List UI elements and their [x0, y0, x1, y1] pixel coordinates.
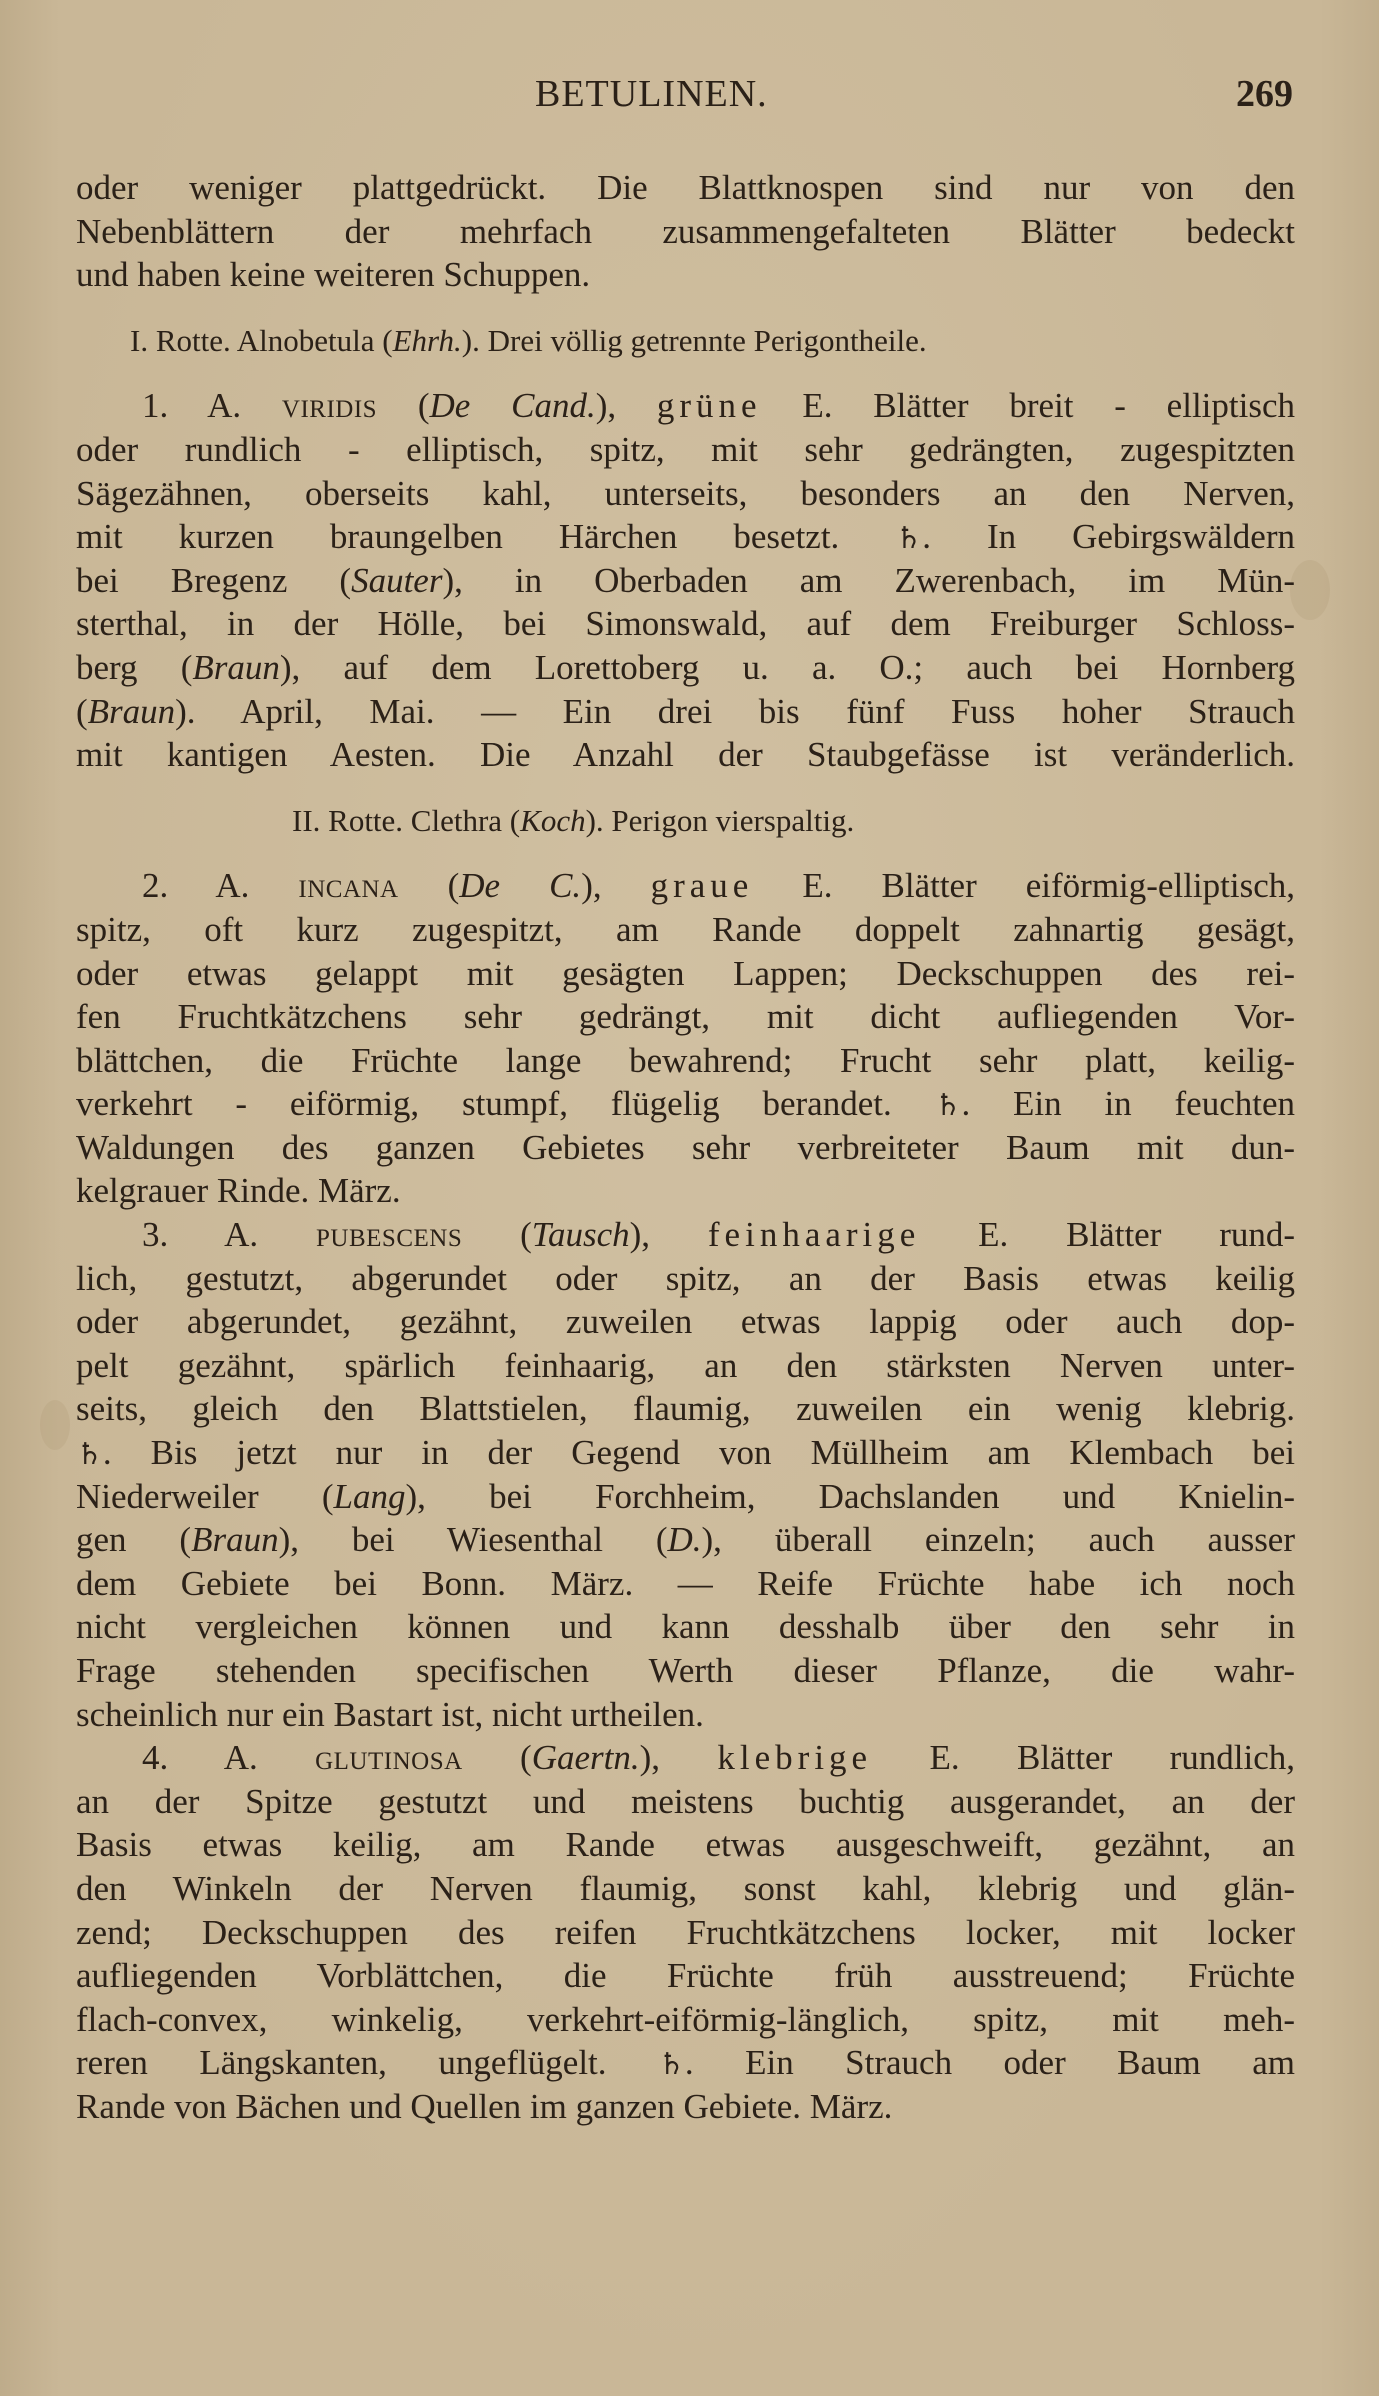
species-name: viridis: [282, 386, 377, 425]
intro-paragraph: oder weniger plattgedrückt. Die Blattkno…: [76, 166, 1295, 297]
tree-symbol-icon: ♄: [658, 2047, 685, 2082]
species-name: glutinosa: [315, 1738, 463, 1777]
text-line: und haben keine weiteren Schuppen.: [76, 253, 1295, 297]
common-name: klebrige: [717, 1738, 872, 1777]
species-title-line: 1. A. viridis (De Cand.), grüne E. Blätt…: [76, 384, 1295, 428]
text-line: gen (Braun), bei Wiesenthal (D.), überal…: [76, 1518, 1295, 1562]
text-line: oder abgerundet, gezähnt, zuweilen etwas…: [76, 1300, 1295, 1344]
authority: Tausch: [532, 1215, 630, 1254]
text-line: seits, gleich den Blattstielen, flaumig,…: [76, 1387, 1295, 1431]
running-head-title: BETULINEN.: [535, 72, 768, 116]
text-line: oder weniger plattgedrückt. Die Blattkno…: [76, 166, 1295, 210]
species-entry-4: 4. A. glutinosa (Gaertn.), klebrige E. B…: [76, 1736, 1295, 2128]
text-line: Nebenblättern der mehrfach zusammengefal…: [76, 210, 1295, 254]
text-line: Frage stehenden specifischen Werth diese…: [76, 1649, 1295, 1693]
page-number: 269: [1236, 72, 1293, 116]
common-name: grüne: [657, 386, 762, 425]
text-line: sterthal, in der Hölle, bei Simonswald, …: [76, 602, 1295, 646]
text-line: fen Fruchtkätzchens sehr gedrängt, mit d…: [76, 995, 1295, 1039]
text-line: bei Bregenz (Sauter), in Oberbaden am Zw…: [76, 559, 1295, 603]
section-heading-2: II. Rotte. Clethra (Koch). Perigon viers…: [76, 799, 1295, 843]
text-line: (Braun). April, Mai. — Ein drei bis fünf…: [76, 690, 1295, 734]
species-entry-2: 2. A. incana (De C.), graue E. Blätter e…: [76, 864, 1295, 1213]
text-line: mit kurzen braungelben Härchen besetzt. …: [76, 515, 1295, 559]
species-entry-1: 1. A. viridis (De Cand.), grüne E. Blätt…: [76, 384, 1295, 776]
paper-stain: [1290, 560, 1330, 620]
text-line: dem Gebiete bei Bonn. März. — Reife Früc…: [76, 1562, 1295, 1606]
section-heading-1: I. Rotte. Alnobetula (Ehrh.). Drei völli…: [76, 319, 1295, 363]
species-name: pubescens: [316, 1215, 462, 1254]
book-page: BETULINEN. 269 oder weniger plattgedrück…: [0, 0, 1379, 2396]
species-title-line: 2. A. incana (De C.), graue E. Blätter e…: [76, 864, 1295, 908]
text-line: flach-convex, winkelig, verkehrt-eiförmi…: [76, 1998, 1295, 2042]
authority: Gaertn.: [532, 1738, 640, 1777]
text-line: mit kantigen Aesten. Die Anzahl der Stau…: [76, 733, 1295, 777]
common-name: feinhaarige: [708, 1215, 920, 1254]
common-name: graue: [651, 866, 754, 905]
authority: De Cand.: [430, 386, 596, 425]
tree-symbol-icon: ♄: [935, 1088, 962, 1123]
text-line: scheinlich nur ein Bastart ist, nicht ur…: [76, 1693, 1295, 1737]
page-body: oder weniger plattgedrückt. Die Blattkno…: [76, 166, 1295, 2129]
species-title-line: 4. A. glutinosa (Gaertn.), klebrige E. B…: [76, 1736, 1295, 1780]
authority: De C.: [459, 866, 581, 905]
text-line: kelgrauer Rinde. März.: [76, 1169, 1295, 1213]
species-entry-3: 3. A. pubescens (Tausch), feinhaarige E.…: [76, 1213, 1295, 1736]
text-line: Basis etwas keilig, am Rande etwas ausge…: [76, 1823, 1295, 1867]
text-line: pelt gezähnt, spärlich feinhaarig, an de…: [76, 1344, 1295, 1388]
shrub-symbol-icon: ♄: [895, 521, 922, 556]
paper-stain: [40, 1400, 70, 1450]
text-line: Sägezähnen, oberseits kahl, unterseits, …: [76, 472, 1295, 516]
text-line: blättchen, die Früchte lange bewahrend; …: [76, 1039, 1295, 1083]
text-line: verkehrt - eiförmig, stumpf, flügelig be…: [76, 1082, 1295, 1126]
text-line: ♄. Bis jetzt nur in der Gegend von Müllh…: [76, 1431, 1295, 1475]
text-line: lich, gestutzt, abgerundet oder spitz, a…: [76, 1257, 1295, 1301]
text-line: Rande von Bächen und Quellen im ganzen G…: [76, 2085, 1295, 2129]
text-line: oder etwas gelappt mit gesägten Lappen; …: [76, 952, 1295, 996]
species-title-line: 3. A. pubescens (Tausch), feinhaarige E.…: [76, 1213, 1295, 1257]
tree-symbol-icon: ♄: [76, 1437, 103, 1472]
authority: Koch: [520, 803, 585, 838]
text-line: den Winkeln der Nerven flaumig, sonst ka…: [76, 1867, 1295, 1911]
text-line: an der Spitze gestutzt und meistens buch…: [76, 1780, 1295, 1824]
authority: Ehrh.: [393, 323, 462, 358]
text-line: nicht vergleichen können und kann dessha…: [76, 1605, 1295, 1649]
text-line: Niederweiler (Lang), bei Forchheim, Dach…: [76, 1475, 1295, 1519]
species-name: incana: [298, 866, 398, 905]
text-line: berg (Braun), auf dem Lorettoberg u. a. …: [76, 646, 1295, 690]
text-line: aufliegenden Vorblättchen, die Früchte f…: [76, 1954, 1295, 1998]
running-head: BETULINEN. 269: [0, 72, 1379, 122]
text-line: reren Längskanten, ungeflügelt. ♄. Ein S…: [76, 2041, 1295, 2085]
text-line: oder rundlich - elliptisch, spitz, mit s…: [76, 428, 1295, 472]
text-line: spitz, oft kurz zugespitzt, am Rande dop…: [76, 908, 1295, 952]
text-line: Waldungen des ganzen Gebietes sehr verbr…: [76, 1126, 1295, 1170]
text-line: zend; Deckschuppen des reifen Fruchtkätz…: [76, 1911, 1295, 1955]
